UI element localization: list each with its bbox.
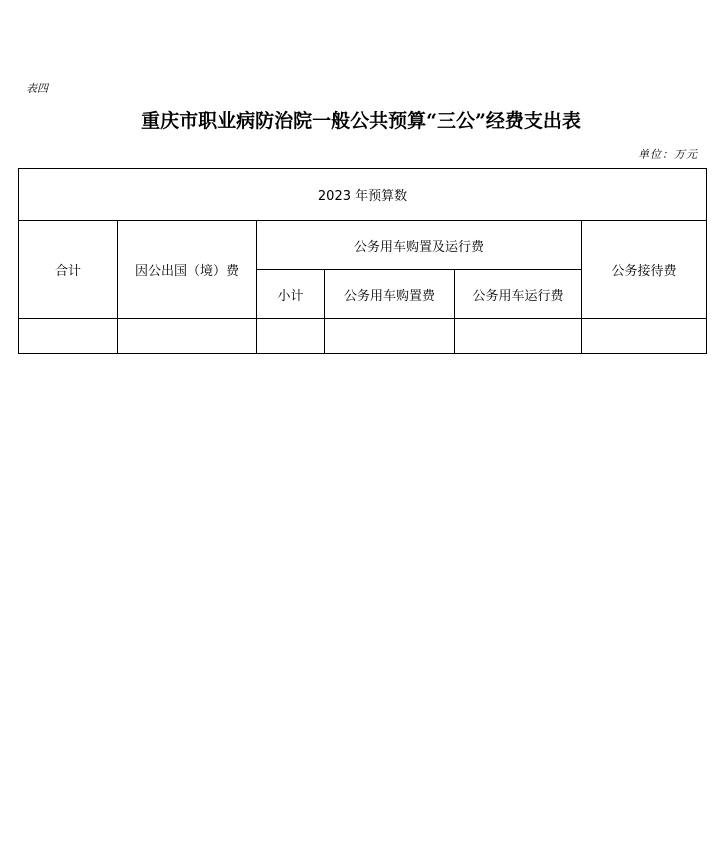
three-public-expenses-table: 2023 年预算数 合计 因公出国（境）费 公务用车购置及运行费 公务接待费 小… — [18, 168, 707, 354]
header-vehicle-subtotal: 小计 — [257, 270, 325, 319]
page-title: 重庆市职业病防治院一般公共预算“三公”经费支出表 — [0, 106, 722, 133]
header-vehicle-group: 公务用车购置及运行费 — [257, 221, 582, 270]
cell-overseas — [118, 319, 257, 354]
header-reception: 公务接待费 — [582, 221, 707, 319]
cell-total — [19, 319, 118, 354]
header-vehicle-purchase: 公务用车购置费 — [325, 270, 455, 319]
header-overseas: 因公出国（境）费 — [118, 221, 257, 319]
header-total: 合计 — [19, 221, 118, 319]
header-budget-year: 2023 年预算数 — [19, 169, 707, 221]
cell-vehicle-operation — [455, 319, 582, 354]
cell-vehicle-purchase — [325, 319, 455, 354]
cell-reception — [582, 319, 707, 354]
header-vehicle-operation: 公务用车运行费 — [455, 270, 582, 319]
cell-vehicle-subtotal — [257, 319, 325, 354]
table-row — [19, 319, 707, 354]
table-label: 表四 — [26, 80, 48, 96]
unit-label: 单位：万元 — [638, 146, 698, 162]
